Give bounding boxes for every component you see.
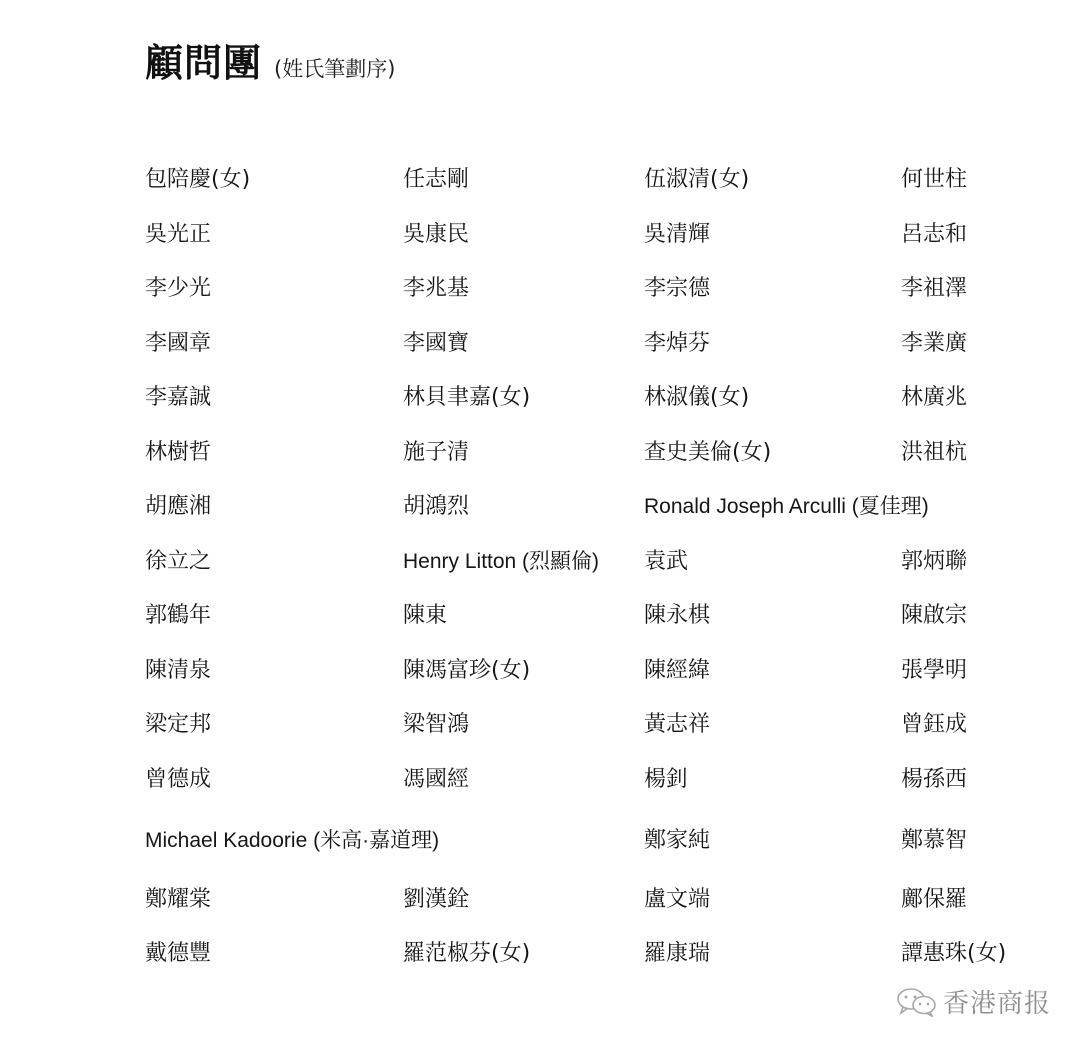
- advisor-name: 戴德豐: [145, 940, 211, 968]
- advisor-name: 郭炳聯: [901, 548, 967, 576]
- advisor-name: 劉漢銓: [403, 886, 469, 914]
- advisor-name: 袁武: [644, 548, 688, 576]
- advisor-name: 楊孫西: [901, 766, 967, 794]
- advisor-name: 馮國經: [403, 766, 469, 794]
- advisor-name: 吳光正: [145, 221, 211, 249]
- advisor-name: 林貝聿嘉(女): [403, 384, 530, 412]
- advisor-name: 陳清泉: [145, 657, 211, 685]
- advisor-name: 張學明: [901, 657, 967, 685]
- watermark: 香港商报: [895, 983, 1051, 1020]
- advisor-name: 胡應湘: [145, 493, 211, 521]
- advisor-name: 李焯芬: [644, 330, 710, 358]
- advisor-name: 陳馮富珍(女): [403, 657, 530, 685]
- advisor-name: 李業廣: [901, 330, 967, 358]
- advisor-name: 吳康民: [403, 221, 469, 249]
- advisor-name: 李兆基: [403, 275, 469, 303]
- advisor-name: 李國寶: [403, 330, 469, 358]
- advisor-name: 林廣兆: [901, 384, 967, 412]
- advisor-name: 羅康瑞: [644, 940, 710, 968]
- advisor-name: 林樹哲: [145, 439, 211, 467]
- advisor-name: 陳啟宗: [901, 602, 967, 630]
- advisor-name: 胡鴻烈: [403, 493, 469, 521]
- advisor-name: 曾德成: [145, 766, 211, 794]
- advisor-name: 吳清輝: [644, 221, 710, 249]
- advisor-name: 呂志和: [901, 221, 967, 249]
- advisor-name: 李祖澤: [901, 275, 967, 303]
- advisor-name: 李國章: [145, 330, 211, 358]
- advisor-name: 任志剛: [403, 166, 469, 194]
- advisor-name: 陳東: [403, 602, 447, 630]
- advisor-name: 梁智鴻: [403, 711, 469, 739]
- advisor-name: 譚惠珠(女): [901, 940, 1006, 968]
- page-subtitle: (姓氏筆劃序): [274, 53, 395, 83]
- advisor-name: Ronald Joseph Arculli (夏佳理): [644, 493, 929, 521]
- advisor-name: Henry Litton (烈顯倫): [403, 548, 599, 576]
- advisor-name: 徐立之: [145, 548, 211, 576]
- advisor-name: 鄺保羅: [901, 886, 967, 914]
- advisor-name: 李宗德: [644, 275, 710, 303]
- advisor-name: 伍淑清(女): [644, 166, 749, 194]
- advisor-name: 施子清: [403, 439, 469, 467]
- advisor-name: 李少光: [145, 275, 211, 303]
- advisor-name: 陳永棋: [644, 602, 710, 630]
- page-title: 顧問團: [145, 32, 262, 87]
- advisor-name: Michael Kadoorie (米高·嘉道理): [145, 827, 439, 855]
- advisor-name: 曾鈺成: [901, 711, 967, 739]
- advisor-name: 羅范椒芬(女): [403, 940, 530, 968]
- advisor-name: 楊釗: [644, 766, 688, 794]
- advisor-name: 鄭耀棠: [145, 886, 211, 914]
- advisor-name: 梁定邦: [145, 711, 211, 739]
- wechat-icon: [895, 987, 939, 1017]
- watermark-text: 香港商报: [943, 983, 1051, 1020]
- advisor-name: 盧文端: [644, 886, 710, 914]
- page-header: 顧問團 (姓氏筆劃序): [145, 32, 395, 87]
- advisor-name: 鄭慕智: [901, 827, 967, 855]
- advisor-name: 陳經緯: [644, 657, 710, 685]
- advisor-name: 郭鶴年: [145, 602, 211, 630]
- advisor-name: 林淑儀(女): [644, 384, 749, 412]
- advisor-name: 黃志祥: [644, 711, 710, 739]
- advisor-name: 李嘉誠: [145, 384, 211, 412]
- advisor-name: 鄭家純: [644, 827, 710, 855]
- advisor-name: 查史美倫(女): [644, 439, 771, 467]
- advisor-name: 何世柱: [901, 166, 967, 194]
- advisor-name: 包陪慶(女): [145, 166, 250, 194]
- advisor-name: 洪祖杭: [901, 439, 967, 467]
